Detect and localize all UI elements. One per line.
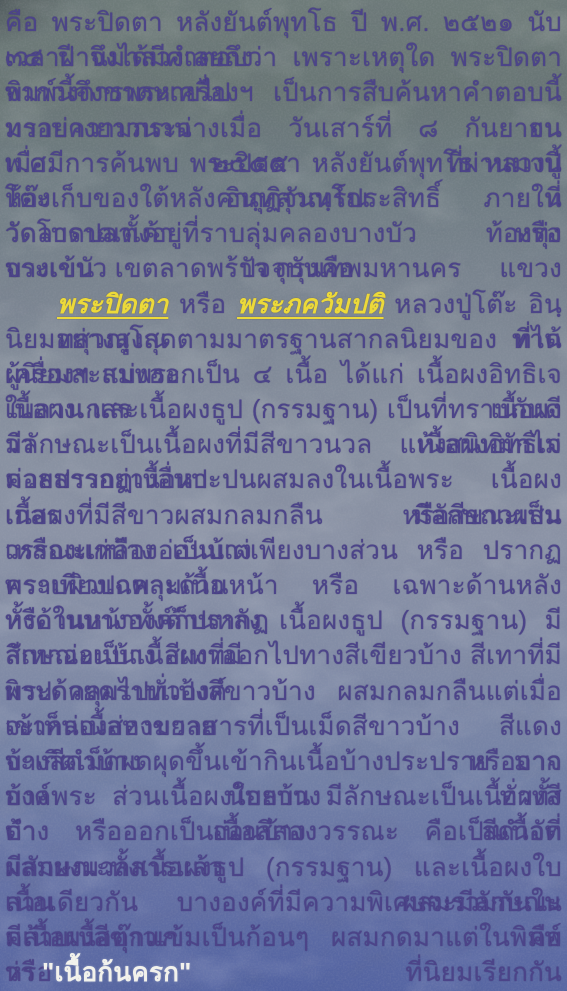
- text-segment: หรือ: [168, 289, 237, 319]
- text-line: คือ พระปิดตา หลังยันต์พุทโธ ปี พ.ศ. ๒๕๒๑…: [5, 5, 562, 40]
- text-line: ทราบความกระจ่างเมื่อ วันเสาร์ที่ ๘ กันยา…: [5, 111, 562, 146]
- text-line: เหลืองแก่บ้าง เป็นแต่เพียงบางส่วน หรือ ป…: [5, 533, 562, 568]
- text-line: จะเกิดเม็ดผดผุดขึ้นเข้ากินเนื้อบ้างประปร…: [5, 744, 562, 779]
- text-line: วัดโบราณตั้งอยู่ที่ราบลุ่มคลองบางบัว ท้อ…: [5, 216, 562, 251]
- scanned-document-page: คือ พระปิดตา หลังยันต์พุทโธ ปี พ.ศ. ๒๕๒๑…: [0, 0, 567, 991]
- highlighted-term: พระปิดตา: [57, 289, 168, 319]
- text-line: จากวงการพระเครื่องฯ เป็นการสืบค้นหาคำตอบ…: [5, 75, 562, 110]
- text-line: พระปิดตา หรือ พระภควัมปติ หลวงปู่โต๊ะ อิ…: [5, 287, 562, 322]
- text-line: นิยมอย่างสูงสุดตามมาตรฐานสากลนิยมของ ท่า…: [5, 322, 562, 357]
- text-line: ห้องเก็บของใต้หลังคากุฏิจันทร์ประสิทธิ์ …: [5, 181, 562, 216]
- text-line: มวลสารอย่างอื่นปะปนผสมลงในเนื้อพระ เนื้อ…: [5, 462, 562, 497]
- text-line: มีเนื้อผงสีขาวเข้มเป็นก้อนๆ ผสมกดมาแต่ใน…: [5, 920, 562, 955]
- text-segment: จระเข้บัว เขตลาดพร้าว กรุงเทพมหานคร: [5, 253, 461, 283]
- text-line: จะเห็นเนื้อหามวลสารที่เป็นเม็ดสีขาวบ้าง …: [5, 709, 562, 744]
- text-line: เมื่อมีการค้นพบ พระปิดตา หลังยันต์พุทโธ …: [5, 146, 562, 181]
- document-text: คือ พระปิดตา หลังยันต์พุทโธ ปี พ.ศ. ๒๕๒๑…: [0, 0, 567, 991]
- highlighted-term: พระภควัมปติ: [237, 289, 384, 319]
- text-segment: ว่า: [5, 957, 42, 987]
- text-line: สีเทาอ่อนบ้าง สีเทาออกไปทางสีเขียวบ้าง ส…: [5, 638, 562, 673]
- text-line: ใบลาน และเนื้อผงธูป (กรรมฐาน) เป็นที่ทรา…: [5, 392, 562, 427]
- text-line: เนื้อเดียวกัน บางองค์ที่มีความพิเศษจะมีล…: [5, 885, 562, 920]
- text-line: บ้าง หรือออกเป็นเนื้อสีสองวรรณะ คือเป็นเ…: [5, 814, 562, 849]
- text-line: เนื้อผงที่มีสีขาวผสมกลมกลืน หรือสีขาวผสม…: [5, 498, 562, 533]
- emphasized-term: "เนื้อก้นครก": [42, 957, 192, 987]
- text-line: มีลักษณะเป็นเนื้อผงที่มีสีขาวนวล แห้งสนิ…: [5, 427, 562, 462]
- text-line: มีลักษณะทั้งเนื้อผงธูป (กรรมฐาน) และเนื้…: [5, 850, 562, 885]
- text-line: ๓๔ ปี จึงได้มีคำตอบว่า เพราะเหตุใด พระปิ…: [5, 40, 562, 75]
- text-line: องค์พระ ส่วนเนื้อผงใบลาน มีลักษณะเป็นเนื…: [5, 779, 562, 814]
- text-line: พระเพียงเฉพาะด้านหน้า หรือ เฉพาะด้านหลัง…: [5, 568, 562, 603]
- text-line: พระด้วยคราบแป้งสีขาวบ้าง ผสมกลมกลืนแต่เม…: [5, 674, 562, 709]
- text-line: ทั้งด้านหน้าทั้งด้านหลัง เนื้อผงธูป (กรร…: [5, 603, 562, 638]
- text-line: เครื่องฯ แบ่งออกเป็น ๔ เนื้อ ได้แก่ เนื้…: [5, 357, 562, 392]
